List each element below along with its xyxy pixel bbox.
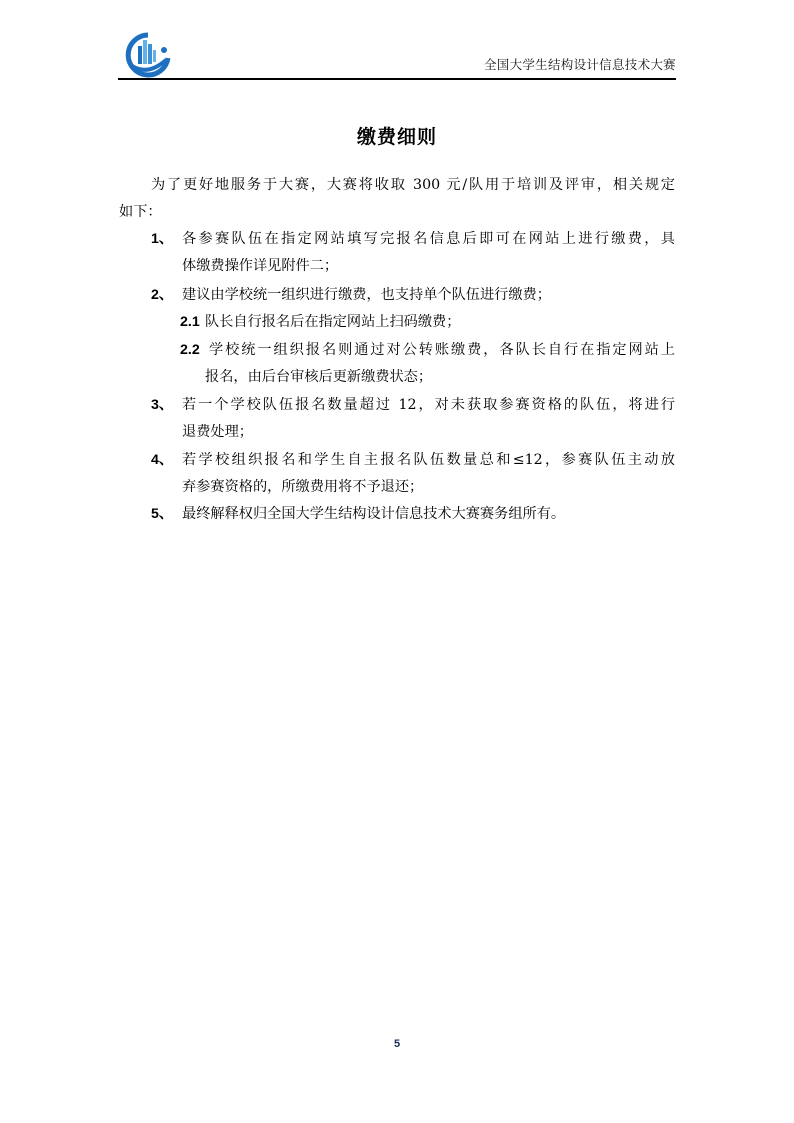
list-item-text: 最终解释权归全国大学生结构设计信息技术大赛赛务组所有。 [182, 501, 565, 528]
list-item-text: 建议由学校统一组织进行缴费，也支持单个队伍进行缴费； [182, 282, 551, 309]
list-item-text: 弃参赛资格的，所缴费用将不予退还； [182, 474, 423, 501]
list-item-text: 若一个学校队伍报名数量超过 12，对未获取参赛资格的队伍，将进行 [182, 392, 675, 419]
intro-line: 如下： [119, 199, 162, 226]
sublist-number: 2.2 [180, 337, 200, 364]
list-item-text: 若学校组织报名和学生自主报名队伍数量总和≤12，参赛队伍主动放 [182, 447, 675, 474]
list-item-text: 体缴费操作详见附件二； [182, 253, 338, 280]
page-number: 5 [0, 1038, 794, 1050]
list-number: 3、 [151, 392, 173, 419]
list-number: 1、 [151, 226, 173, 253]
sublist-item-text: 学校统一组织报名则通过对公转账缴费，各队长自行在指定网站上 [209, 337, 675, 364]
header-title: 全国大学生结构设计信息技术大赛 [484, 55, 676, 73]
sublist-item-text: 队长自行报名后在指定网站上扫码缴费； [205, 309, 460, 336]
sublist-item-text: 报名，由后台审核后更新缴费状态； [205, 364, 432, 391]
list-number: 2、 [151, 282, 173, 309]
list-item-text: 退费处理； [182, 419, 253, 446]
document-title: 缴费细则 [0, 122, 794, 149]
sublist-number: 2.1 [180, 309, 200, 336]
list-item-text: 各参赛队伍在指定网站填写完报名信息后即可在网站上进行缴费，具 [182, 226, 675, 253]
list-number: 4、 [151, 447, 173, 474]
intro-line: 为了更好地服务于大赛，大赛将收取 300 元/队用于培训及评审，相关规定 [151, 172, 675, 199]
header-divider [118, 78, 676, 80]
list-number: 5、 [151, 501, 173, 528]
page-header: 全国大学生结构设计信息技术大赛 [118, 28, 676, 80]
competition-logo-icon [124, 32, 172, 78]
